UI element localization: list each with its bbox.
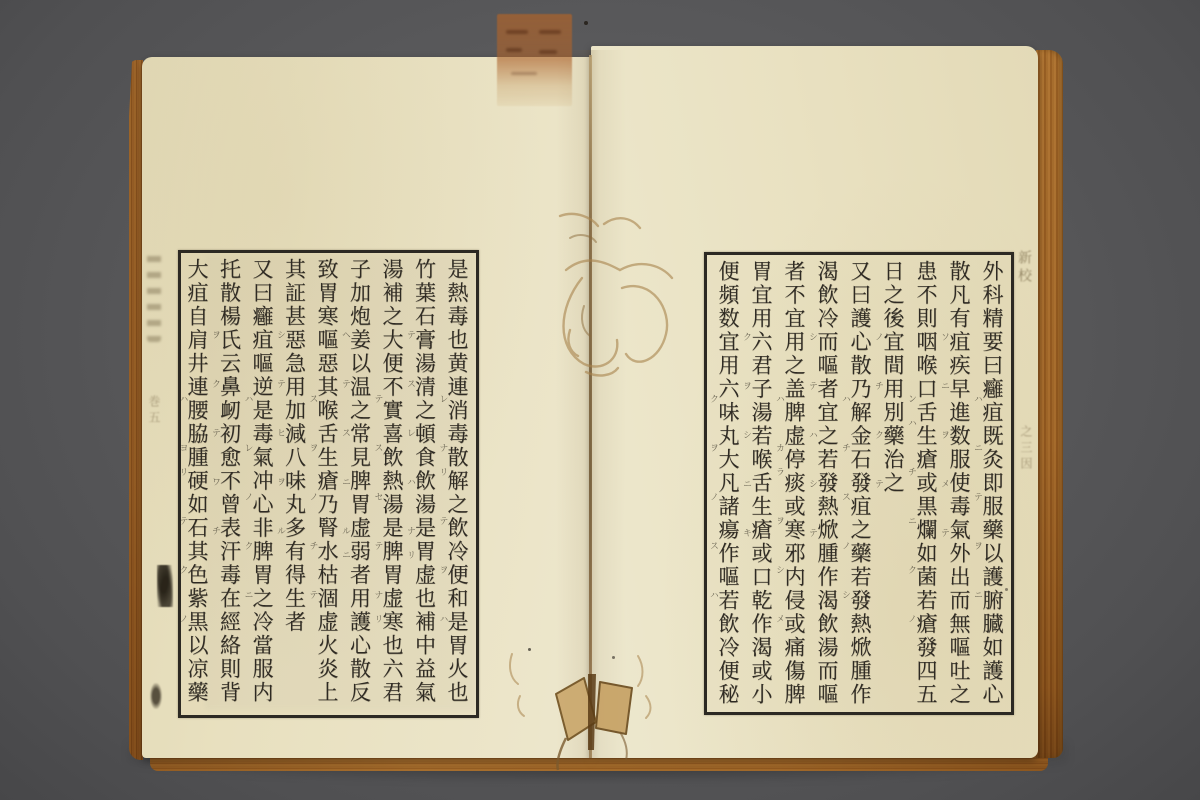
stamp-illegible-mark: [506, 48, 522, 52]
stamp-illegible-mark: [539, 50, 557, 54]
ink-speck: [584, 21, 588, 25]
ink-speck: [612, 656, 615, 659]
ink-speck: [528, 648, 531, 651]
text-column: 散凡有疽疾早進数服使毒氣外出而無嘔吐之 ソ ニ ヲ メ テ: [942, 260, 975, 707]
right-edge-volume-text: 之三因: [1018, 425, 1033, 473]
text-column: 湯補之大便不實喜飲熱湯是脾胃虚寒也六君 テ ス セ テ ナリ: [376, 258, 409, 710]
right-edge-title-text: 新校: [1016, 250, 1031, 286]
text-column: 又曰癰疽嘔逆是毒氣冲心非脾胃之冷當服内 ハ レ ノ ク ニ: [246, 258, 279, 710]
text-column: 胃宜用六君子湯若喉舌生瘡或口乾作渴或小 ク ヲ シ ニ キ: [744, 260, 777, 707]
left-edge-ink-mark: [157, 565, 173, 607]
photo-of-open-book: { "scene": { "background_color": "#59595…: [0, 0, 1200, 800]
column-characters: 散凡有疽疾早進数服使毒氣外出而無嘔吐之: [947, 260, 971, 707]
column-characters: 又曰癰疽嘔逆是毒氣冲心非脾胃之冷當服内: [250, 258, 274, 705]
left-page-columns: 是熱毒也黄連消毒散解之飲冷便和是胃火也 レ ナリ テ ヲ ハ 竹葉石膏湯清之頓食…: [181, 253, 476, 715]
text-column: 竹葉石膏湯清之頓食飲湯是胃虚也補中益氣 テ ス レ ハ ナリ: [408, 258, 441, 710]
text-column: 托散楊氏云鼻衂初愈不曾表汗毒在經絡則背 ヲ ク テ ワ チ: [213, 258, 246, 710]
column-characters: 外科精要曰癰疽既灸即服藥以護腑臓如護心: [980, 260, 1004, 707]
left-edge-faint-title-smudge: [147, 252, 161, 342]
column-characters: 托散楊氏云鼻衂初愈不曾表汗毒在經絡則背: [218, 258, 242, 705]
text-column: 子加炮姜以温之常見脾胃虚弱者用護心散反 ヘ テ ス ニ ルニ: [343, 258, 376, 710]
column-characters: 日之後宜間用別藥治之: [881, 260, 905, 495]
column-characters: 致胃寒嘔惡其喉舌生瘡乃腎水枯涸虚火炎上: [315, 258, 339, 705]
bottom-tear-damage: [470, 638, 720, 776]
right-page-columns: 外科精要曰癰疽既灸即服藥以護腑臓如護心 ハ ニ テ ヲ ニ 散凡有疽疾早進数服使…: [707, 255, 1011, 712]
worm-stain-marks: [500, 120, 700, 380]
right-fore-edge: [1036, 50, 1063, 758]
text-column: 是熱毒也黄連消毒散解之飲冷便和是胃火也 レ ナリ テ ヲ ハ: [441, 258, 474, 710]
column-characters: 胃宜用六君子湯若喉舌生瘡或口乾作渴或小: [749, 260, 773, 707]
column-characters: 渴飲冷而嘔者宜之若發熱焮腫作渴飲湯而嘔: [815, 260, 839, 707]
text-column: 致胃寒嘔惡其喉舌生瘡乃腎水枯涸虚火炎上 ス ヲ ノ チ テ: [311, 258, 344, 710]
column-characters: 子加炮姜以温之常見脾胃虚弱者用護心散反: [348, 258, 372, 705]
left-page-text-frame: 是熱毒也黄連消毒散解之飲冷便和是胃火也 レ ナリ テ ヲ ハ 竹葉石膏湯清之頓食…: [178, 250, 479, 718]
ink-speck: [1005, 588, 1008, 591]
text-column: 外科精要曰癰疽既灸即服藥以護腑臓如護心 ハ ニ テ ヲ ニ: [975, 260, 1008, 707]
stamp-illegible-mark: [511, 72, 537, 75]
text-column: 渴飲冷而嘔者宜之若發熱焮腫作渴飲湯而嘔 シ テ ハ シ テ: [810, 260, 843, 707]
left-fore-edge: [129, 60, 143, 760]
label-stamp: [497, 14, 572, 106]
column-characters: 其証甚惡急用加減八味丸多有得生者: [283, 258, 307, 634]
text-column: 者不宜用之盖脾虚停痰或寒邪内侵或痛傷脾 ハ カラ ヲ シ メ: [777, 260, 810, 707]
column-characters: 又曰護心散乃解金石發疽之藥若發熱焮腫作: [848, 260, 872, 707]
text-column: 日之後宜間用別藥治之 ノ チ ク テ: [876, 260, 909, 707]
column-characters: 便頻数宜用六味丸大凡諸瘍作嘔若飲冷便秘: [716, 260, 740, 707]
kunten-reading-marks: ク ヲ ノ ス ハ: [708, 394, 718, 614]
column-characters: 大疽自肩井連腰脇腫硬如石其色紫黒以凉藥: [185, 258, 209, 705]
column-characters: 湯補之大便不實喜飲熱湯是脾胃虚寒也六君: [380, 258, 404, 705]
column-characters: 竹葉石膏湯清之頓食飲湯是胃虚也補中益氣: [413, 258, 437, 705]
text-column: 其証甚惡急用加減八味丸多有得生者 シ テ ヒ ヲ ル: [278, 258, 311, 710]
right-page-text-frame: 外科精要曰癰疽既灸即服藥以護腑臓如護心 ハ ニ テ ヲ ニ 散凡有疽疾早進数服使…: [704, 252, 1014, 715]
left-edge-volume-text: 巻五: [146, 395, 161, 427]
text-column: 大疽自肩井連腰脇腫硬如石其色紫黒以凉藥 ハ ヨリ テ ク ノ: [181, 258, 214, 710]
column-characters: 是熱毒也黄連消毒散解之飲冷便和是胃火也: [445, 258, 469, 705]
stamp-illegible-mark: [506, 30, 528, 34]
text-column: 又曰護心散乃解金石發疽之藥若發熱焮腫作 ハ チ ス ノ シ: [843, 260, 876, 707]
kunten-reading-marks: ハ ヨリ テ ク ノ: [178, 394, 188, 638]
stamp-illegible-mark: [539, 30, 561, 34]
column-characters: 患不則咽喉口舌生瘡或黒爛如菌若瘡發四五: [914, 260, 938, 707]
left-edge-ink-mark-small: [150, 683, 162, 709]
column-characters: 者不宜用之盖脾虚停痰或寒邪内侵或痛傷脾: [782, 260, 806, 707]
text-column: 便頻数宜用六味丸大凡諸瘍作嘔若飲冷便秘 ク ヲ ノ ス ハ: [711, 260, 744, 707]
text-column: 患不則咽喉口舌生瘡或黒爛如菌若瘡發四五 ンハ チ ニ ク ノ: [909, 260, 942, 707]
